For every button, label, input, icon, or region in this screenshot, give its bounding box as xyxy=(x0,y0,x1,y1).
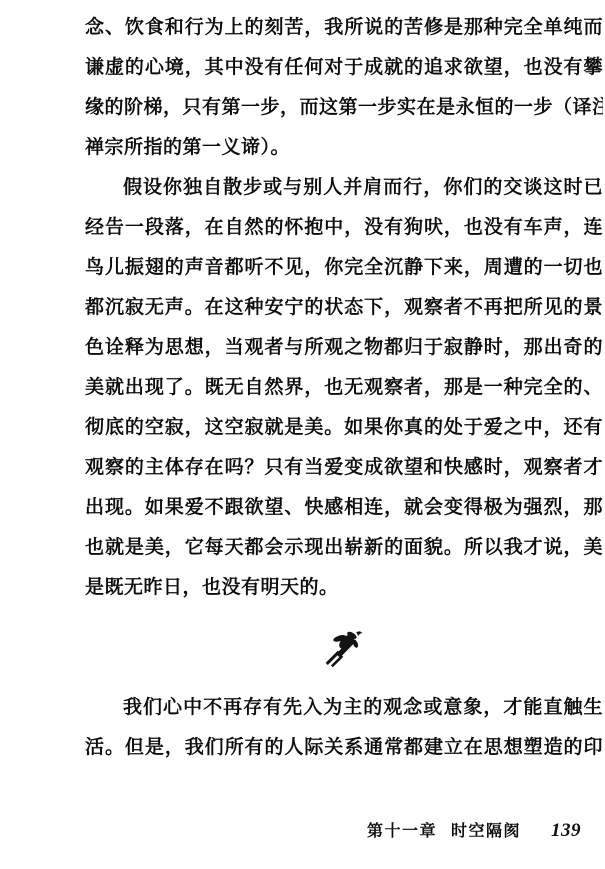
text-line: 都沉寂无声。在这种安宁的状态下，观察者不再把所见的景 xyxy=(85,288,603,328)
chapter-label: 第十一章 xyxy=(367,818,437,841)
text-line: 禅宗所指的第一义谛）。 xyxy=(85,128,603,168)
text-block: 念、饮食和行为上的刻苦，我所说的苦修是那种完全单纯而谦虚的心境，其中没有任何对于… xyxy=(85,8,603,768)
text-line: 谦虚的心境，其中没有任何对于成就的追求欲望，也没有攀 xyxy=(85,48,603,88)
text-line: 彻底的空寂，这空寂就是美。如果你真的处于爱之中，还有 xyxy=(85,408,603,448)
book-page: 念、饮食和行为上的刻苦，我所说的苦修是那种完全单纯而谦虚的心境，其中没有任何对于… xyxy=(0,0,605,869)
text-line: 也就是美，它每天都会示现出崭新的面貌。所以我才说，美 xyxy=(85,528,603,568)
text-line: 念、饮食和行为上的刻苦，我所说的苦修是那种完全单纯而 xyxy=(85,8,603,48)
text-line: 色诠释为思想，当观者与所观之物都归于寂静时，那出奇的 xyxy=(85,328,603,368)
page-number: 139 xyxy=(551,820,581,842)
text-line: 我们心中不再存有先入为主的观念或意象，才能直触生 xyxy=(85,688,603,728)
section-break xyxy=(85,624,603,672)
text-line: 美就出现了。既无自然界，也无观察者，那是一种完全的、 xyxy=(85,368,603,408)
text-line: 活。但是，我们所有的人际关系通常都建立在思想塑造的印 xyxy=(85,728,603,768)
text-line: 观察的主体存在吗？只有当爱变成欲望和快感时，观察者才 xyxy=(85,448,603,488)
paragraph-ascetic-mind: 念、饮食和行为上的刻苦，我所说的苦修是那种完全单纯而谦虚的心境，其中没有任何对于… xyxy=(85,8,603,168)
paragraph-preconceptions: 我们心中不再存有先入为主的观念或意象，才能直触生活。但是，我们所有的人际关系通常… xyxy=(85,688,603,768)
text-line: 经告一段落，在自然的怀抱中，没有狗吠，也没有车声，连 xyxy=(85,208,603,248)
chapter-title: 时空隔阂 xyxy=(451,818,521,841)
page-footer: 第十一章 时空隔阂 139 xyxy=(367,818,581,842)
dragonfly-ornament xyxy=(323,626,365,670)
text-line: 假设你独自散步或与别人并肩而行，你们的交谈这时已 xyxy=(85,168,603,208)
text-line: 是既无昨日，也没有明天的。 xyxy=(85,568,603,608)
text-line: 出现。如果爱不跟欲望、快感相连，就会变得极为强烈，那 xyxy=(85,488,603,528)
paragraph-walking-stillness: 假设你独自散步或与别人并肩而行，你们的交谈这时已经告一段落，在自然的怀抱中，没有… xyxy=(85,168,603,608)
text-line: 缘的阶梯，只有第一步，而这第一步实在是永恒的一步（译注： xyxy=(85,88,603,128)
text-line: 鸟儿振翅的声音都听不见，你完全沉静下来，周遭的一切也 xyxy=(85,248,603,288)
